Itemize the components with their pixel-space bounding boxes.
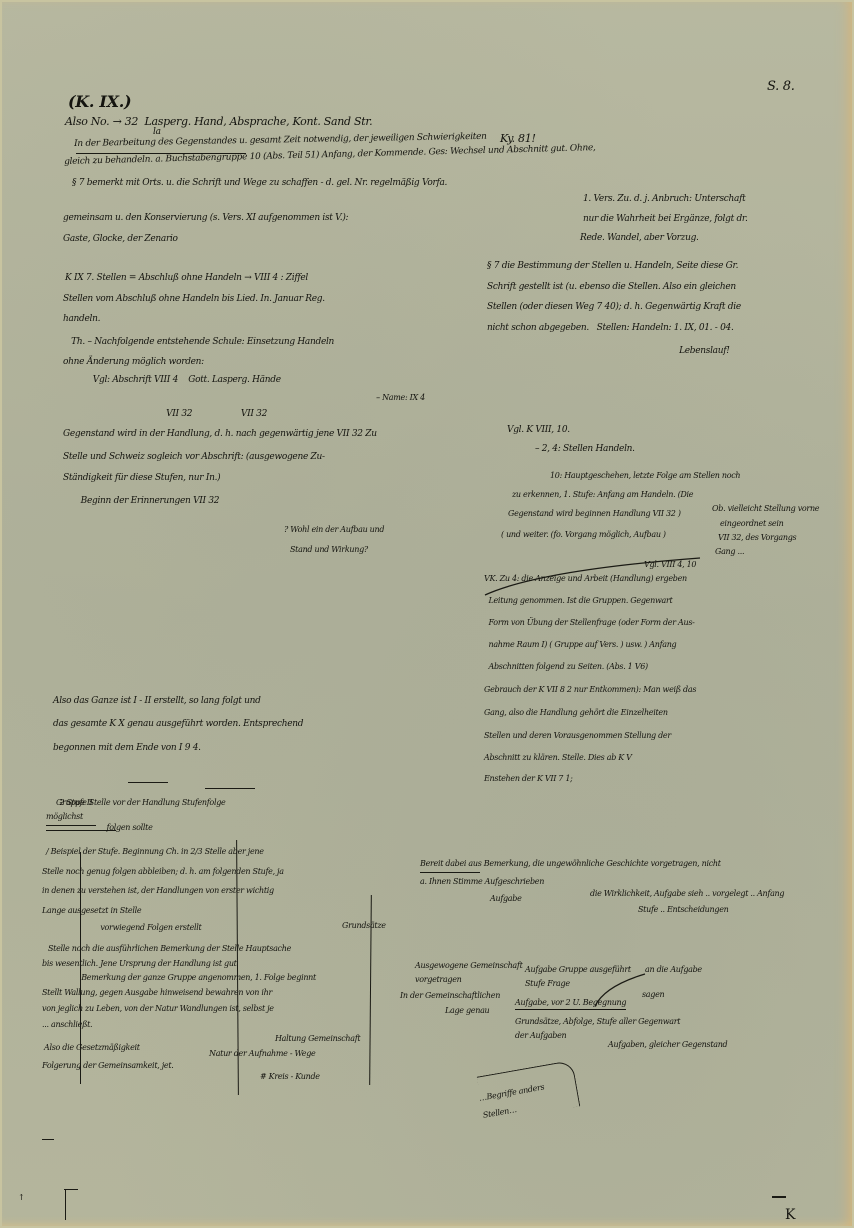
kix-line: Vgl: Abschrift VIII 4 Gott. Lasperg. Hän… bbox=[80, 374, 281, 388]
bottom-left-line: 2 Stufe Stelle vor der Handlung Stufenfo… bbox=[46, 797, 225, 809]
small-note: vorgetragen bbox=[415, 974, 462, 986]
kix-line: ohne Änderung möglich worden: bbox=[63, 356, 204, 370]
corner-tick bbox=[42, 1139, 54, 1140]
column-rule bbox=[80, 852, 81, 1084]
foot-left-line: Folgerung der Gemeinsamkeit, jet. bbox=[42, 1060, 174, 1072]
right-note-line: Rede. Wandel, aber Vorzug. bbox=[580, 232, 699, 246]
kix-line: K IX 7. Stellen = Abschluß ohne Handeln … bbox=[65, 272, 308, 286]
foot-mid-line: Natur der Aufnahme - Wege bbox=[209, 1048, 315, 1060]
bottom-left-line: ... anschließt. bbox=[42, 1019, 92, 1031]
kix-line: Th. – Nachfolgende entstehende Schule: E… bbox=[66, 336, 334, 350]
kix-line: Stelle und Schweiz sogleich vor Abschrif… bbox=[63, 451, 325, 465]
top-para-line: Gaste, Glocke, der Zenario bbox=[63, 233, 178, 247]
separator-dash bbox=[128, 782, 168, 783]
top-line-1: Also No. → 32 Lasperg. Hand, Absprache, … bbox=[65, 113, 372, 130]
right-s2-sub: – 2, 4: Stellen Handeln. bbox=[535, 443, 635, 457]
kix-line: – Name: IX 4 bbox=[255, 392, 425, 404]
bottom-right-line: der Aufgaben bbox=[515, 1030, 566, 1042]
section-header-label: (K. IX.) bbox=[68, 90, 131, 115]
kix-line: Beginn der Erinnerungen VII 32 bbox=[73, 495, 219, 509]
middle-left-line: das gesamte K X genau ausgeführt worden.… bbox=[53, 718, 303, 732]
page-number: S. 8. bbox=[767, 77, 795, 97]
right-s3-line: Leitung genommen. Ist die Gruppen. Gegen… bbox=[484, 595, 672, 607]
question-note: Stand und Wirkung? bbox=[290, 544, 368, 556]
foot-mid-top: Haltung Gemeinschaft bbox=[275, 1033, 360, 1045]
bottom-right-line: Grundsätze, Abfolge, Stufe aller Gegenwa… bbox=[515, 1016, 680, 1028]
foot-left-line: Also die Gesetzmäßigkeit bbox=[44, 1042, 140, 1054]
wavy-note: Grundsätze bbox=[342, 920, 386, 932]
bottom-left-line: Lange ausgesetzt in Stelle bbox=[42, 905, 141, 917]
bottom-right-line: Bereit dabei aus Bemerkung, die ungewöhn… bbox=[420, 858, 721, 870]
corner-tick bbox=[64, 1189, 78, 1190]
right-s3-line: Stellen und deren Vorausgenommen Stellun… bbox=[484, 730, 671, 742]
bottom-left-line: bis wesentlich. Jene Ursprung der Handlu… bbox=[42, 958, 237, 970]
manuscript-page: (K. IX.) S. 8. Also No. → 32 Lasperg. Ha… bbox=[0, 0, 854, 1228]
side-note-line: VII 32, des Vorgangs bbox=[718, 532, 796, 544]
col-note: Stufe Frage bbox=[525, 978, 570, 990]
right-s2-line: 10: Hauptgeschehen, letzte Folge am Stel… bbox=[550, 470, 740, 482]
side-note-line: Ob. vielleicht Stellung vorne bbox=[712, 503, 819, 515]
bottom-left-line: Stelle noch genug folgen abbleiben; d. h… bbox=[42, 866, 284, 878]
right-s3-line: Gebrauch der K VII 8 2 nur Entkommen): M… bbox=[484, 684, 696, 696]
kix-line: handeln. bbox=[63, 313, 100, 327]
question-note: ? Wohl ein der Aufbau und bbox=[284, 524, 384, 536]
bottom-left-line: vorwiegend Folgen erstellt bbox=[42, 922, 201, 934]
right-s2-line: Gegenstand wird beginnen Handlung VII 32… bbox=[508, 508, 681, 520]
kix-line: VII 32 VII 32 bbox=[120, 408, 267, 422]
bottom-right-line: die Wirklichkeit, Aufgabe sieh .. vorgel… bbox=[590, 888, 784, 900]
right-s1-line: § 7 die Bestimmung der Stellen u. Handel… bbox=[487, 260, 738, 274]
right-s2-line: zu erkennen, 1. Stufe: Anfang am Handeln… bbox=[512, 489, 693, 501]
bottom-left-line: / Beispiel der Stufe. Beginnung Ch. in 2… bbox=[46, 846, 264, 858]
bottom-left-line: von jeglich zu Leben, von der Natur Wand… bbox=[42, 1003, 274, 1015]
right-s3-line: nahme Raum I) ( Gruppe auf Vers. ) usw. … bbox=[484, 639, 676, 651]
kix-line: Stellen vom Abschluß ohne Handeln bis Li… bbox=[63, 293, 325, 307]
middle-left-line: begonnen mit dem Ende von I 9 4. bbox=[53, 742, 201, 756]
bottom-right-line: Aufgaben, gleicher Gegenstand bbox=[608, 1039, 727, 1051]
small-note: Lage genau bbox=[445, 1005, 489, 1017]
corner-mark-bottom-left: ↑ bbox=[18, 1192, 24, 1204]
connector-curve bbox=[480, 540, 720, 600]
bottom-left-line: Stelle noch die ausführlichen Bemerkung … bbox=[48, 943, 291, 955]
underline bbox=[420, 872, 480, 873]
side-note-line: eingeordnet sein bbox=[720, 518, 783, 530]
bottom-right-small: Aufgabe bbox=[490, 893, 522, 905]
right-s3-line: Abschnitten folgend zu Seiten. (Abs. 1 V… bbox=[484, 661, 648, 673]
middle-left-line: Also das Ganze ist I - II erstellt, so l… bbox=[53, 695, 261, 709]
top-para-line: § 7 bemerkt mit Orts. u. die Schrift und… bbox=[72, 177, 447, 191]
underlined-note: Aufgabe, vor 2 U. Begegnung bbox=[515, 997, 626, 1010]
bottom-right-line: a. Ihnen Stimme Aufgeschrieben bbox=[420, 876, 544, 888]
top-para-line: gemeinsam u. den Konservierung (s. Vers.… bbox=[63, 212, 348, 226]
right-s3-line: Form von Übung der Stellenfrage (oder Fo… bbox=[484, 617, 695, 629]
right-s3-line: Gang, also die Handlung gehört die Einze… bbox=[484, 707, 668, 719]
right-s1-line: Schrift gestellt ist (u. ebenso die Stel… bbox=[487, 281, 736, 295]
right-s2-ref: Vgl. K VIII, 10. bbox=[507, 424, 570, 438]
right-s3-line: VK. Zu 4: die Anzeige und Arbeit (Handlu… bbox=[484, 573, 687, 585]
right-s3-line: Enstehen der K VII 7 1; bbox=[484, 773, 573, 785]
kix-line: Gegenstand wird in der Handlung, d. h. n… bbox=[63, 428, 377, 442]
right-s1-line: nicht schon abgegeben. Stellen: Handeln:… bbox=[487, 322, 734, 336]
right-note-line: 1. Vers. Zu. d. j. Anbruch: Unterschaft bbox=[583, 193, 745, 207]
bottom-left-line: Bemerkung der ganze Gruppe angenommen, 1… bbox=[70, 972, 316, 984]
corner-mark-bottom-right: K bbox=[785, 1205, 795, 1227]
right-note-line: nur die Wahrheit bei Ergänze, folgt dr. bbox=[583, 213, 748, 227]
separator-dash bbox=[205, 788, 255, 789]
col-note-right: an die Aufgabe bbox=[645, 964, 702, 976]
small-note: Ausgewogene Gemeinschaft bbox=[415, 960, 522, 972]
kix-line: Ständigkeit für diese Stufen, nur In.) bbox=[63, 472, 220, 486]
corner-tick bbox=[772, 1196, 786, 1198]
bottom-left-line: in denen zu verstehen ist, der Handlunge… bbox=[42, 885, 274, 897]
right-s1-line: Lebenslauf! bbox=[487, 345, 730, 359]
small-note: In der Gemeinschaftlichen bbox=[400, 990, 500, 1002]
right-s3-line: Abschnitt zu klären. Stelle. Dies ab K V bbox=[484, 752, 632, 764]
bottom-right-line: Stufe .. Entscheidungen bbox=[638, 904, 729, 916]
right-s1-line: Stellen (oder diesen Weg 7 40); d. h. Ge… bbox=[487, 301, 741, 315]
bottom-left-line: folgen sollte bbox=[46, 822, 153, 834]
foot-mid-line: # Kreis - Kunde bbox=[260, 1071, 320, 1083]
corner-tick bbox=[65, 1190, 66, 1220]
